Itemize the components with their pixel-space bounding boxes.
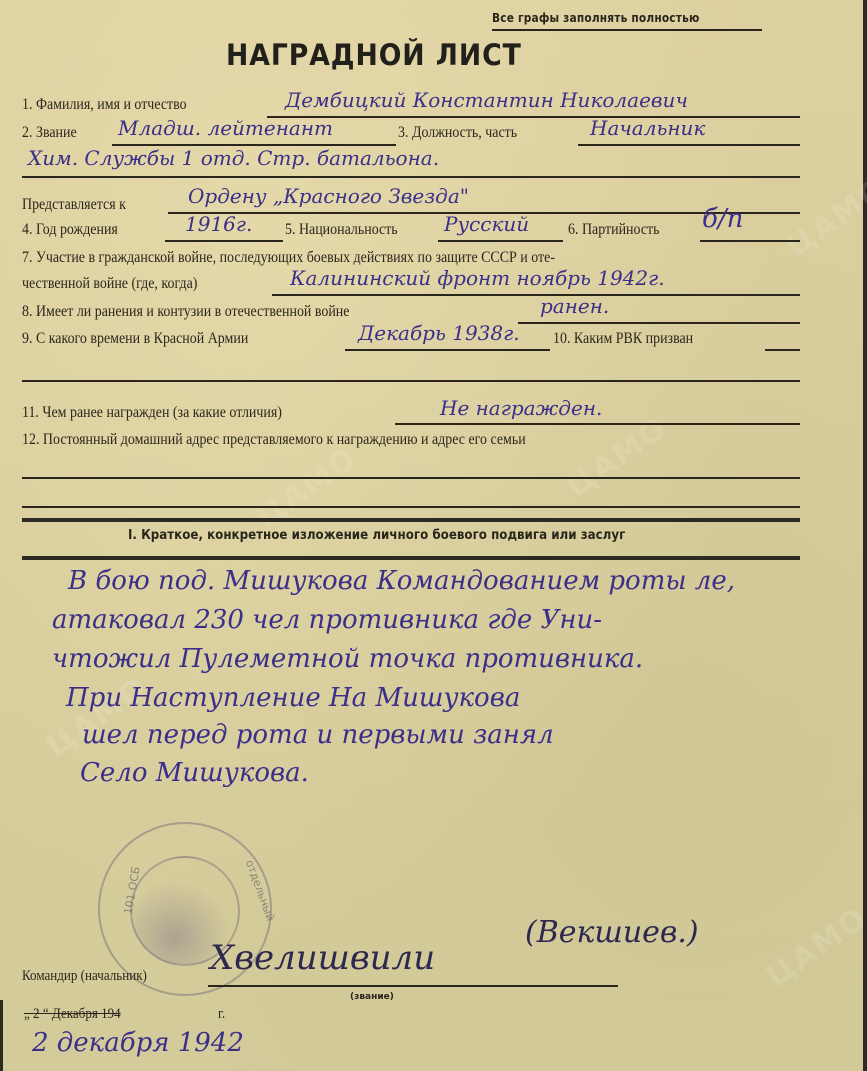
field-7-line [272, 294, 800, 296]
section-divider-bottom [22, 556, 800, 560]
narrative-line[interactable]: чтожил Пулеметной точка противника. [52, 644, 643, 674]
scan-edge-right [863, 0, 867, 1071]
commander-label: Командир (начальник) [22, 968, 147, 985]
field-3-value[interactable]: Начальник [590, 116, 705, 140]
field-11-label: 11. Чем ранее награжден (за какие отличи… [22, 404, 282, 422]
field-9-label: 9. С какого времени в Красной Армии [22, 330, 248, 348]
presented-value[interactable]: Ордену „Красного Звезда" [188, 184, 469, 208]
field-7-label-line-1: 7. Участие в гражданской войне, последую… [22, 249, 555, 267]
field-10-label: 10. Каким РВК призван [553, 330, 693, 348]
narrative-line[interactable]: Село Мишукова. [80, 758, 309, 788]
header-underline [492, 29, 762, 31]
narrative-line[interactable]: шел перед рота и первыми занял [82, 720, 554, 750]
field-12-line-1 [22, 477, 800, 479]
printed-date-suffix: г. [218, 1006, 225, 1023]
narrative-line[interactable]: При Наступление На Мишукова [66, 683, 520, 713]
commander-name[interactable]: (Векшиев.) [525, 915, 699, 950]
field-7-label-line-2: чественной войне (где, когда) [22, 275, 197, 293]
field-9-line [345, 349, 550, 351]
commander-signature[interactable]: Хвелишвили [210, 938, 435, 978]
field-3-line [578, 144, 800, 146]
field-1-label: 1. Фамилия, имя и отчество [22, 96, 187, 114]
printed-date: „ 2 “ Декабря 194 [24, 1006, 121, 1023]
field-9-value[interactable]: Декабрь 1938г. [358, 321, 520, 345]
field-5-line [438, 240, 563, 242]
presented-label: Представляется к [22, 196, 126, 214]
handwritten-date[interactable]: 2 декабря 1942 [32, 1028, 244, 1058]
field-1-value[interactable]: Дембицкий Константин Николаевич [285, 88, 688, 112]
scan-edge-left [0, 1000, 3, 1071]
field-6-line [700, 240, 800, 242]
field-12-line-2 [22, 506, 800, 508]
commander-line [208, 985, 618, 987]
section-divider-top [22, 518, 800, 522]
rank-caption: (звание) [350, 992, 394, 1002]
field-4-value[interactable]: 1916г. [185, 212, 252, 236]
field-10-line [765, 349, 800, 351]
field-4-label: 4. Год рождения [22, 221, 118, 239]
field-8-line [518, 322, 800, 324]
field-3-label: 3. Должность, часть [398, 124, 517, 142]
section-heading: I. Краткое, конкретное изложение личного… [128, 527, 625, 543]
field-4-line [165, 240, 283, 242]
narrative-line[interactable]: атаковал 230 чел противника где Уни- [52, 605, 602, 635]
field-10-line-2 [22, 380, 800, 382]
field-6-label: 6. Партийность [568, 221, 659, 239]
field-5-value[interactable]: Русский [444, 212, 529, 236]
field-7-value[interactable]: Калининский фронт ноябрь 1942г. [290, 266, 665, 290]
field-3-value-cont[interactable]: Хим. Службы 1 отд. Стр. батальона. [28, 146, 439, 170]
field-2-label: 2. Звание [22, 124, 77, 142]
field-6-value[interactable]: б/п [702, 204, 743, 234]
field-8-value[interactable]: ранен. [540, 294, 609, 318]
narrative-line[interactable]: В бою под. Мишукова Командованием роты л… [68, 566, 735, 596]
field-3-line-2 [22, 176, 800, 178]
document-title: НАГРАДНОЙ ЛИСТ [226, 38, 522, 72]
field-5-label: 5. Национальность [285, 221, 398, 239]
field-12-label: 12. Постоянный домашний адрес представля… [22, 431, 526, 449]
field-2-value[interactable]: Младш. лейтенант [118, 116, 333, 140]
field-8-label: 8. Имеет ли ранения и контузии в отечест… [22, 303, 349, 321]
field-11-line [395, 423, 800, 425]
header-note: Все графы заполнять полностью [492, 10, 699, 25]
field-11-value[interactable]: Не награжден. [440, 396, 602, 420]
field-1-line [267, 116, 800, 118]
